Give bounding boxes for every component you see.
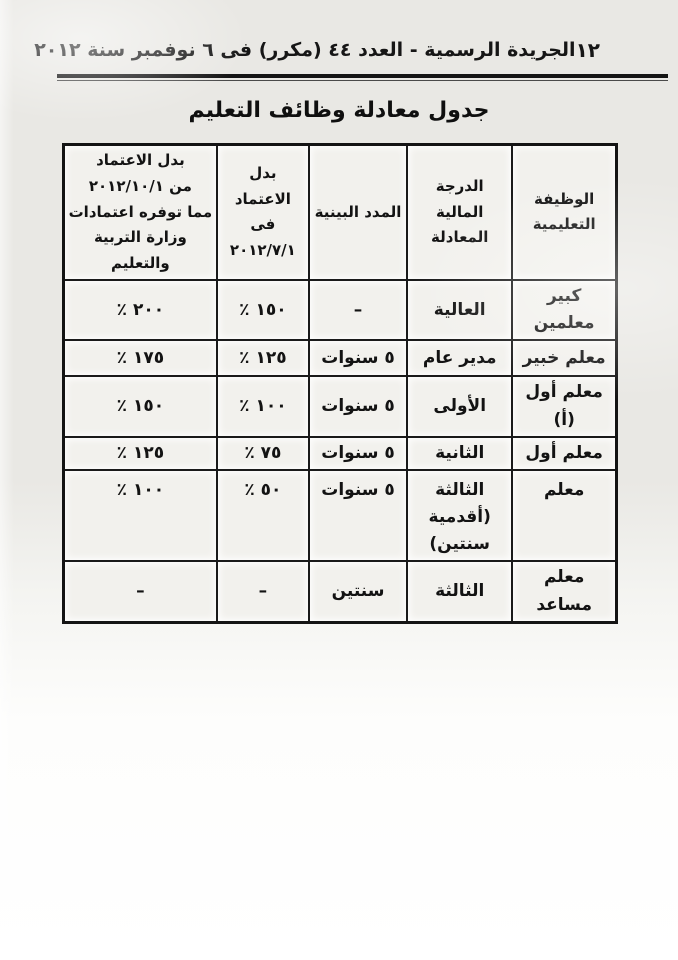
table-row: معلم خبير مدير عام ٥ سنوات ١٢٥ ٪ ١٧٥ ٪ bbox=[64, 340, 617, 376]
cell-job: معلم خبير bbox=[512, 340, 616, 376]
page-title: جدول معادلة وظائف التعليم bbox=[0, 98, 678, 123]
cell-allowance-oct: – bbox=[64, 561, 217, 622]
cell-allowance-oct: ١٥٠ ٪ bbox=[64, 376, 217, 436]
cell-job: معلم أول (أ) bbox=[512, 376, 616, 436]
table-header-row: الوظيفة التعليمية الدرجة المالية المعادل… bbox=[64, 145, 617, 280]
header-period: المدد البينية bbox=[309, 145, 407, 280]
cell-grade: الأولى bbox=[407, 376, 512, 436]
cell-period: – bbox=[309, 280, 407, 340]
cell-grade: الثالثة bbox=[407, 561, 512, 622]
cell-allowance-jul: ١٢٥ ٪ bbox=[217, 340, 309, 376]
cell-grade: الثانية bbox=[407, 437, 512, 470]
table-row: معلم أول (أ) الأولى ٥ سنوات ١٠٠ ٪ ١٥٠ ٪ bbox=[64, 376, 617, 436]
table-row: معلم أول الثانية ٥ سنوات ٧٥ ٪ ١٢٥ ٪ bbox=[64, 437, 617, 470]
header-allowance-oct2012: بدل الاعتماد من ٢٠١٢/١٠/١ مما توفره اعتم… bbox=[64, 145, 217, 280]
page-number: ١٢ bbox=[576, 38, 600, 62]
cell-allowance-oct: ١٠٠ ٪ bbox=[64, 470, 217, 562]
cell-period: ٥ سنوات bbox=[309, 437, 407, 470]
cell-period: سنتين bbox=[309, 561, 407, 622]
cell-allowance-jul: ١٠٠ ٪ bbox=[217, 376, 309, 436]
cell-allowance-jul: ٧٥ ٪ bbox=[217, 437, 309, 470]
running-head: ١٢ الجريدة الرسمية - العدد ٤٤ (مكرر) فى … bbox=[84, 34, 600, 66]
equivalency-table: الوظيفة التعليمية الدرجة المالية المعادل… bbox=[62, 143, 618, 624]
cell-grade: مدير عام bbox=[407, 340, 512, 376]
cell-grade: العالية bbox=[407, 280, 512, 340]
cell-job: معلم مساعد bbox=[512, 561, 616, 622]
cell-allowance-jul: ١٥٠ ٪ bbox=[217, 280, 309, 340]
cell-allowance-jul: – bbox=[217, 561, 309, 622]
table-row: معلم الثالثة (أقدمية سنتين) ٥ سنوات ٥٠ ٪… bbox=[64, 470, 617, 562]
header-divider-thin-line bbox=[57, 80, 668, 81]
cell-job: معلم bbox=[512, 470, 616, 562]
gazette-title: الجريدة الرسمية - العدد ٤٤ (مكرر) فى ٦ ن… bbox=[34, 39, 575, 61]
table-row: معلم مساعد الثالثة سنتين – – bbox=[64, 561, 617, 622]
header-job: الوظيفة التعليمية bbox=[512, 145, 616, 280]
cell-allowance-oct: ١٢٥ ٪ bbox=[64, 437, 217, 470]
cell-period: ٥ سنوات bbox=[309, 470, 407, 562]
table-row: كبير معلمين العالية – ١٥٠ ٪ ٢٠٠ ٪ bbox=[64, 280, 617, 340]
header-grade: الدرجة المالية المعادلة bbox=[407, 145, 512, 280]
cell-job: كبير معلمين bbox=[512, 280, 616, 340]
cell-job: معلم أول bbox=[512, 437, 616, 470]
cell-grade: الثالثة (أقدمية سنتين) bbox=[407, 470, 512, 562]
cell-period: ٥ سنوات bbox=[309, 340, 407, 376]
header-divider bbox=[57, 74, 668, 82]
cell-allowance-jul: ٥٠ ٪ bbox=[217, 470, 309, 562]
header-divider-thick-line bbox=[57, 74, 668, 78]
header-allowance-jul2012: بدل الاعتماد فى ٢٠١٢/٧/١ bbox=[217, 145, 309, 280]
cell-period: ٥ سنوات bbox=[309, 376, 407, 436]
gazette-page: { "page": { "number": "١٢", "gazette_tit… bbox=[0, 0, 678, 960]
cell-allowance-oct: ٢٠٠ ٪ bbox=[64, 280, 217, 340]
cell-allowance-oct: ١٧٥ ٪ bbox=[64, 340, 217, 376]
